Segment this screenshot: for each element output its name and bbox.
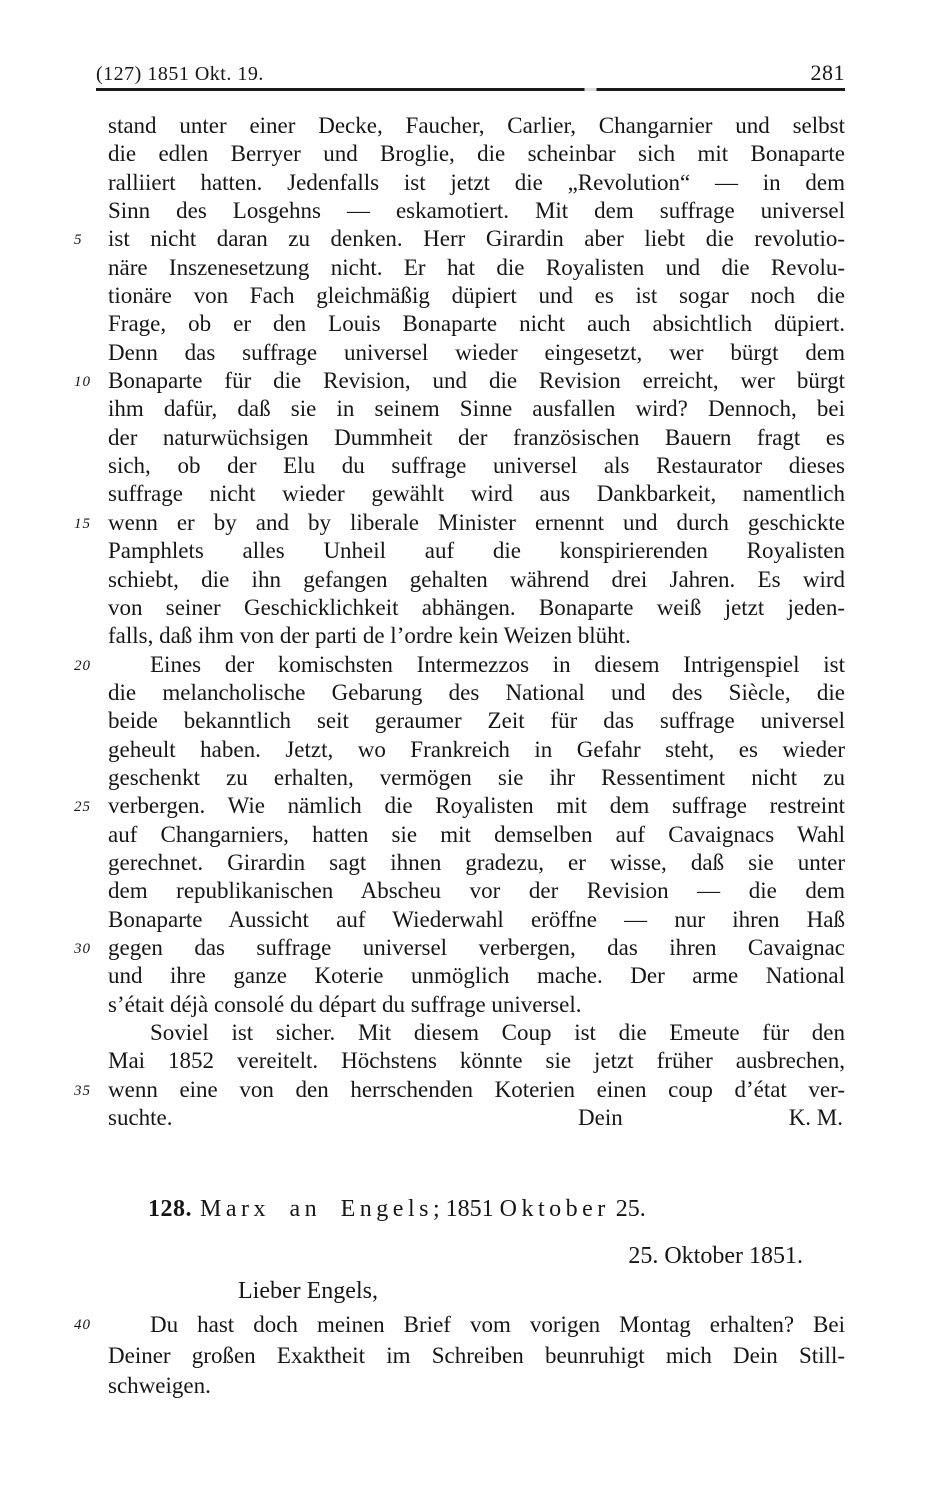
text-line: 20Eines der komischsten Intermezzos in d… [108, 651, 845, 679]
heading-month: Oktober [500, 1196, 610, 1222]
line-text: Du hast doch meinen Brief vom vorigen Mo… [150, 1312, 845, 1337]
running-head: (127) 1851 Okt. 19. 281 [96, 60, 845, 86]
signature: K. M. [789, 1104, 843, 1132]
line-text: dem republikanischen Abscheu vor der Rev… [108, 878, 845, 903]
text-line: Bonaparte Aussicht auf Wiederwahl eröffn… [108, 906, 845, 934]
text-line: sich, ob der Elu du suffrage universel a… [108, 452, 845, 480]
line-text: Bonaparte für die Revision, und die Revi… [108, 368, 845, 393]
text-line: geheult haben. Jetzt, wo Frankreich in G… [108, 736, 845, 764]
text-line: und ihre ganze Koterie unmöglich mache. … [108, 962, 845, 990]
line-text: Deiner großen Exaktheit im Schreiben beu… [108, 1343, 845, 1368]
text-line: stand unter einer Decke, Faucher, Carlie… [108, 112, 845, 140]
text-line: Sinn des Losgehns — eskamotiert. Mit dem… [108, 197, 845, 225]
letter-128-salutation: Lieber Engels, [238, 1278, 378, 1305]
text-line: 10Bonaparte für die Revision, und die Re… [108, 367, 845, 395]
text-line: Deiner großen Exaktheit im Schreiben beu… [108, 1341, 845, 1372]
line-text: von seiner Geschicklichkeit abhängen. Bo… [108, 595, 845, 620]
heading-day: 25. [610, 1196, 646, 1222]
closing-text: suchte. [108, 1105, 173, 1130]
line-text: schweigen. [108, 1373, 211, 1398]
text-line: 30gegen das suffrage universel verbergen… [108, 934, 845, 962]
text-line: Frage, ob er den Louis Bonaparte nicht a… [108, 310, 845, 338]
line-number: 15 [74, 510, 108, 538]
text-line: 15wenn er by and by liberale Minister er… [108, 509, 845, 537]
text-line: falls, daß ihm von der parti de l’ordre … [108, 622, 845, 650]
line-text: der naturwüchsigen Dummheit der französi… [108, 425, 845, 450]
line-text: Soviel ist sicher. Mit diesem Coup ist d… [150, 1020, 845, 1045]
line-text: s’était déjà consolé du départ du suffra… [108, 992, 581, 1017]
line-text: die melancholische Gebarung des National… [108, 680, 845, 705]
text-line: Denn das suffrage universel wieder einge… [108, 339, 845, 367]
text-line: gerechnet. Girardin sagt ihnen gradezu, … [108, 849, 845, 877]
line-text: ist nicht daran zu denken. Herr Girardin… [108, 226, 845, 251]
line-text: verbergen. Wie nämlich die Royalisten mi… [108, 793, 845, 818]
line-text: Pamphlets alles Unheil auf die konspirie… [108, 538, 845, 563]
line-text: die edlen Berryer und Broglie, die schei… [108, 141, 845, 166]
text-line: 35wenn eine von den herrschenden Koterie… [108, 1076, 845, 1104]
letter-127-lines: stand unter einer Decke, Faucher, Carlie… [108, 112, 845, 1104]
heading-separator: ; 1851 [433, 1196, 500, 1222]
line-text: stand unter einer Decke, Faucher, Carlie… [108, 113, 845, 138]
line-text: wenn eine von den herrschenden Koterien … [108, 1077, 845, 1102]
letter-128-body: 40Du hast doch meinen Brief vom vorigen … [108, 1310, 845, 1402]
line-number: 10 [74, 368, 108, 396]
line-number: 5 [74, 226, 108, 254]
line-text: und ihre ganze Koterie unmöglich mache. … [108, 963, 845, 988]
text-line: 5ist nicht daran zu denken. Herr Girardi… [108, 225, 845, 253]
line-text: schiebt, die ihn gefangen gehalten währe… [108, 567, 845, 592]
line-text: gegen das suffrage universel verbergen, … [108, 935, 845, 960]
text-line: 40Du hast doch meinen Brief vom vorigen … [108, 1310, 845, 1341]
text-line: Pamphlets alles Unheil auf die konspirie… [108, 537, 845, 565]
text-line: näre Inszenesetzung nicht. Er hat die Ro… [108, 254, 845, 282]
letter-128-dateline: 25. Oktober 1851. [108, 1243, 845, 1270]
line-text: ralliiert hatten. Jedenfalls ist jetzt d… [108, 170, 845, 195]
text-line: ralliiert hatten. Jedenfalls ist jetzt d… [108, 169, 845, 197]
line-text: näre Inszenesetzung nicht. Er hat die Ro… [108, 255, 845, 280]
book-page: (127) 1851 Okt. 19. 281 stand unter eine… [0, 0, 925, 1500]
line-text: sich, ob der Elu du suffrage universel a… [108, 453, 845, 478]
line-text: Sinn des Losgehns — eskamotiert. Mit dem… [108, 198, 845, 223]
line-number: 40 [74, 1311, 108, 1339]
line-text: Mai 1852 vereitelt. Höchstens könnte sie… [108, 1048, 845, 1073]
letter-127-body: stand unter einer Decke, Faucher, Carlie… [108, 112, 845, 1132]
line-text: Eines der komischsten Intermezzos in die… [150, 652, 845, 677]
line-number: 35 [74, 1077, 108, 1105]
line-text: wenn er by and by liberale Minister erne… [108, 510, 845, 535]
text-line: schiebt, die ihn gefangen gehalten währe… [108, 566, 845, 594]
letter-number: 128. [148, 1196, 192, 1222]
heading-correspondents: Marx an Engels [200, 1196, 433, 1222]
line-text: Frage, ob er den Louis Bonaparte nicht a… [108, 311, 845, 336]
line-text: falls, daß ihm von der parti de l’ordre … [108, 623, 631, 648]
text-line: ihm dafür, daß sie in seinem Sinne ausfa… [108, 395, 845, 423]
text-line: die edlen Berryer und Broglie, die schei… [108, 140, 845, 168]
dateline-text: 25. Oktober 1851. [628, 1243, 803, 1269]
line-text: gerechnet. Girardin sagt ihnen gradezu, … [108, 850, 845, 875]
line-number: 20 [74, 652, 108, 680]
valediction: Dein [578, 1104, 623, 1132]
text-line: die melancholische Gebarung des National… [108, 679, 845, 707]
line-text: beide bekanntlich seit geraumer Zeit für… [108, 708, 845, 733]
text-line: Soviel ist sicher. Mit diesem Coup ist d… [108, 1019, 845, 1047]
line-text: ihm dafür, daß sie in seinem Sinne ausfa… [108, 396, 845, 421]
line-text: Bonaparte Aussicht auf Wiederwahl eröffn… [108, 907, 845, 932]
line-text: Denn das suffrage universel wieder einge… [108, 340, 845, 365]
line-text: auf Changarniers, hatten sie mit demselb… [108, 822, 845, 847]
text-line: Mai 1852 vereitelt. Höchstens könnte sie… [108, 1047, 845, 1075]
line-text: geschenkt zu erhalten, vermögen sie ihr … [108, 765, 845, 790]
line-text: tionäre von Fach gleichmäßig düpiert und… [108, 283, 845, 308]
text-line: 25verbergen. Wie nämlich die Royalisten … [108, 792, 845, 820]
running-head-left: (127) 1851 Okt. 19. [96, 63, 264, 86]
letter-128-lines: 40Du hast doch meinen Brief vom vorigen … [108, 1310, 845, 1402]
text-line: beide bekanntlich seit geraumer Zeit für… [108, 707, 845, 735]
text-line: geschenkt zu erhalten, vermögen sie ihr … [108, 764, 845, 792]
line-number: 30 [74, 935, 108, 963]
text-line: s’était déjà consolé du départ du suffra… [108, 991, 845, 1019]
text-line: auf Changarniers, hatten sie mit demselb… [108, 821, 845, 849]
letter-127-closing: suchte. Dein K. M. [108, 1104, 845, 1132]
page-number: 281 [811, 60, 846, 86]
line-text: suffrage nicht wieder gewählt wird aus D… [108, 481, 845, 506]
text-line: schweigen. [108, 1371, 845, 1402]
line-number: 25 [74, 793, 108, 821]
text-line: dem republikanischen Abscheu vor der Rev… [108, 877, 845, 905]
text-line: suffrage nicht wieder gewählt wird aus D… [108, 480, 845, 508]
text-line: von seiner Geschicklichkeit abhängen. Bo… [108, 594, 845, 622]
text-line: tionäre von Fach gleichmäßig düpiert und… [108, 282, 845, 310]
text-line: der naturwüchsigen Dummheit der französi… [108, 424, 845, 452]
line-text: geheult haben. Jetzt, wo Frankreich in G… [108, 737, 845, 762]
letter-128-heading: 128.Marx an Engels; 1851 Oktober 25. [148, 1196, 646, 1223]
header-rule [96, 88, 845, 91]
